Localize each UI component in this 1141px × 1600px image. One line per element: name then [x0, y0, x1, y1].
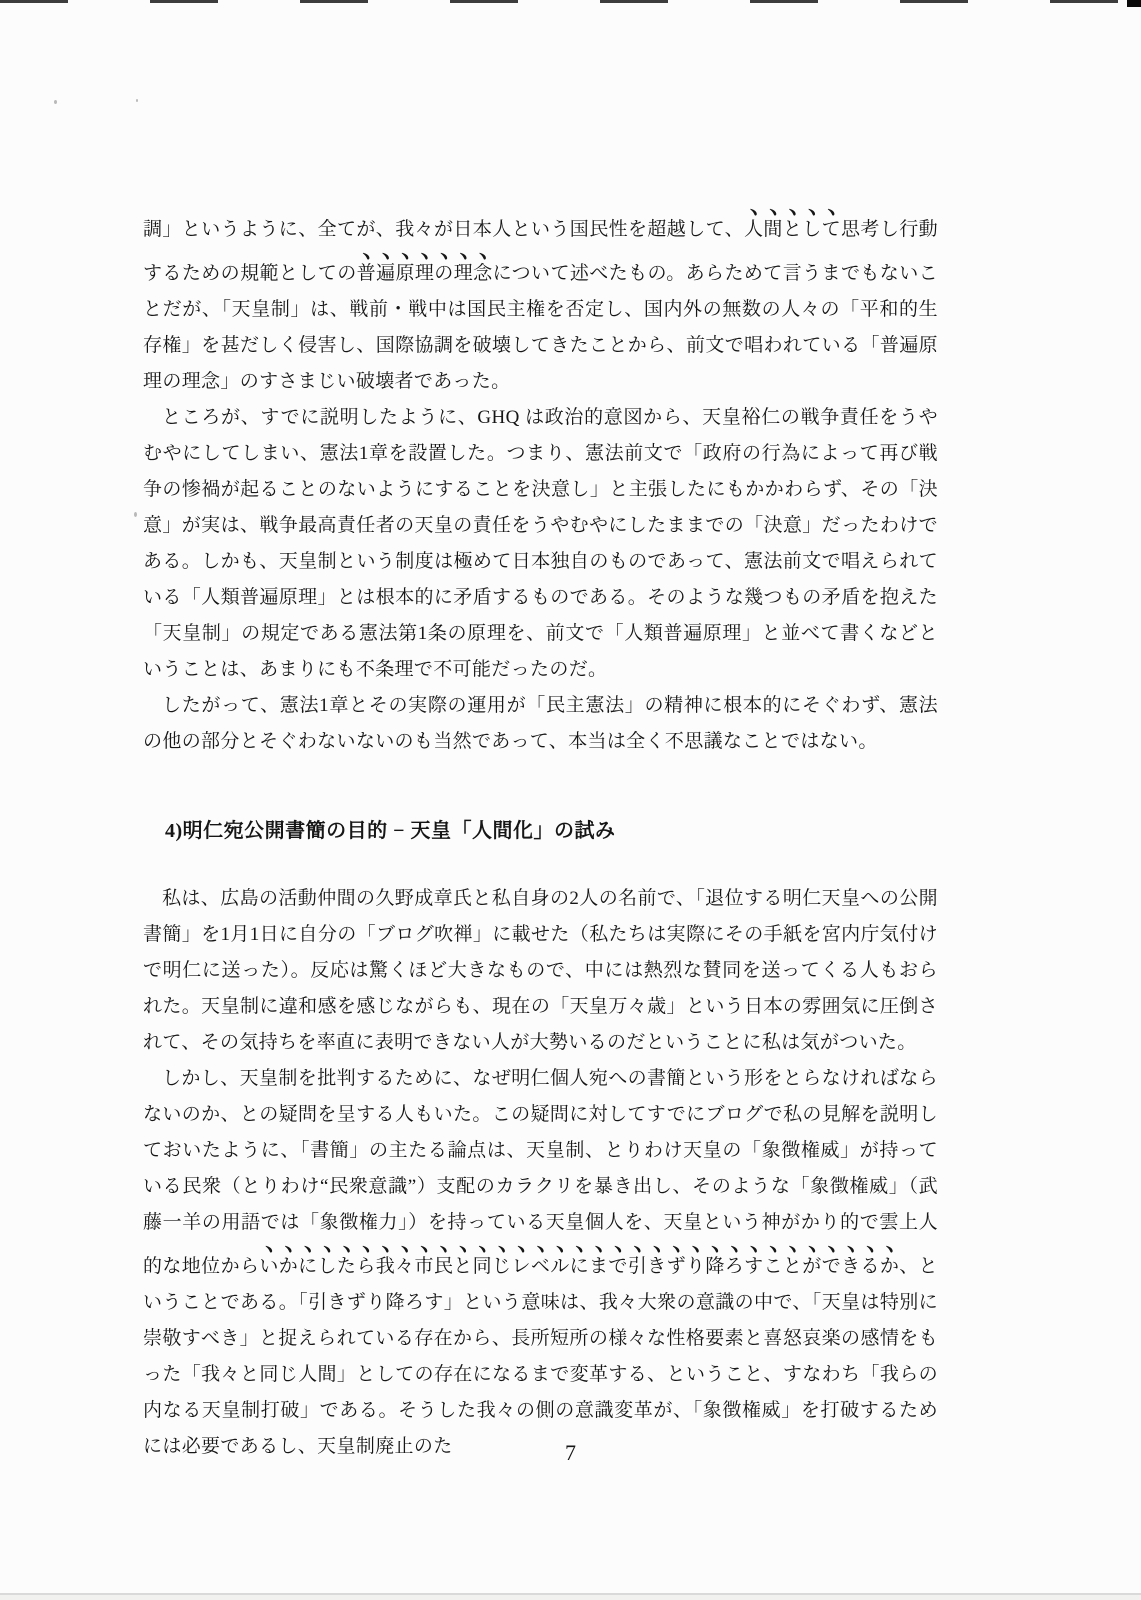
scan-speck: [136, 99, 138, 102]
section-heading: 4)明仁宛公開書簡の目的 − 天皇「人間化」の試み: [165, 813, 938, 849]
emphasized-text: 普遍原理の理念: [357, 263, 493, 284]
text-run: ところが、すでに説明したように、GHQ は政治的意図から、天皇裕仁の戦争責任をう…: [143, 407, 938, 680]
paragraph: したがって、憲法1章とその実際の運用が「民主憲法」の精神に根本的にそぐわず、憲法…: [143, 688, 938, 760]
scan-speck: [134, 512, 137, 517]
scanned-document-page: 調」というように、全てが、我々が日本人という国民性を超越して、人間として思考し行…: [0, 0, 1141, 1600]
scan-artifact-bottom-edge: [0, 1595, 1141, 1600]
page-number: 7: [0, 1438, 1141, 1468]
paragraph: しかし、天皇制を批判するために、なぜ明仁個人宛への書簡という形をとらなければなら…: [143, 1061, 938, 1465]
emphasized-text: 人間として: [744, 219, 841, 240]
paragraph-continuation: 調」というように、全てが、我々が日本人という国民性を超越して、人間として思考し行…: [143, 204, 938, 400]
scan-speck: [54, 100, 57, 104]
text-run: 私は、広島の活動仲間の久野成章氏と私自身の2人の名前で、「退位する明仁天皇への公…: [143, 888, 938, 1053]
scan-artifact-corner-block: [1127, 0, 1141, 7]
text-run: 調」というように、全てが、我々が日本人という国民性を超越して、: [143, 219, 744, 240]
scan-artifact-top-dashes: [0, 0, 1141, 3]
text-run: しかし、天皇制を批判するために、なぜ明仁個人宛への書簡という形をとらなければなら…: [143, 1068, 938, 1277]
text-run: したがって、憲法1章とその実際の運用が「民主憲法」の精神に根本的にそぐわず、憲法…: [143, 695, 938, 752]
paragraph: 私は、広島の活動仲間の久野成章氏と私自身の2人の名前で、「退位する明仁天皇への公…: [143, 881, 938, 1061]
paragraph: ところが、すでに説明したように、GHQ は政治的意図から、天皇裕仁の戦争責任をう…: [143, 400, 938, 688]
emphasized-text: いかにしたら我々市民と同じレベルにまで引きずり降ろすことができるか: [259, 1256, 899, 1277]
document-body: 調」というように、全てが、我々が日本人という国民性を超越して、人間として思考し行…: [143, 204, 938, 1465]
text-run: 、ということである。「引きずり降ろす」という意味は、我々大衆の意識の中で、「天皇…: [143, 1256, 938, 1457]
